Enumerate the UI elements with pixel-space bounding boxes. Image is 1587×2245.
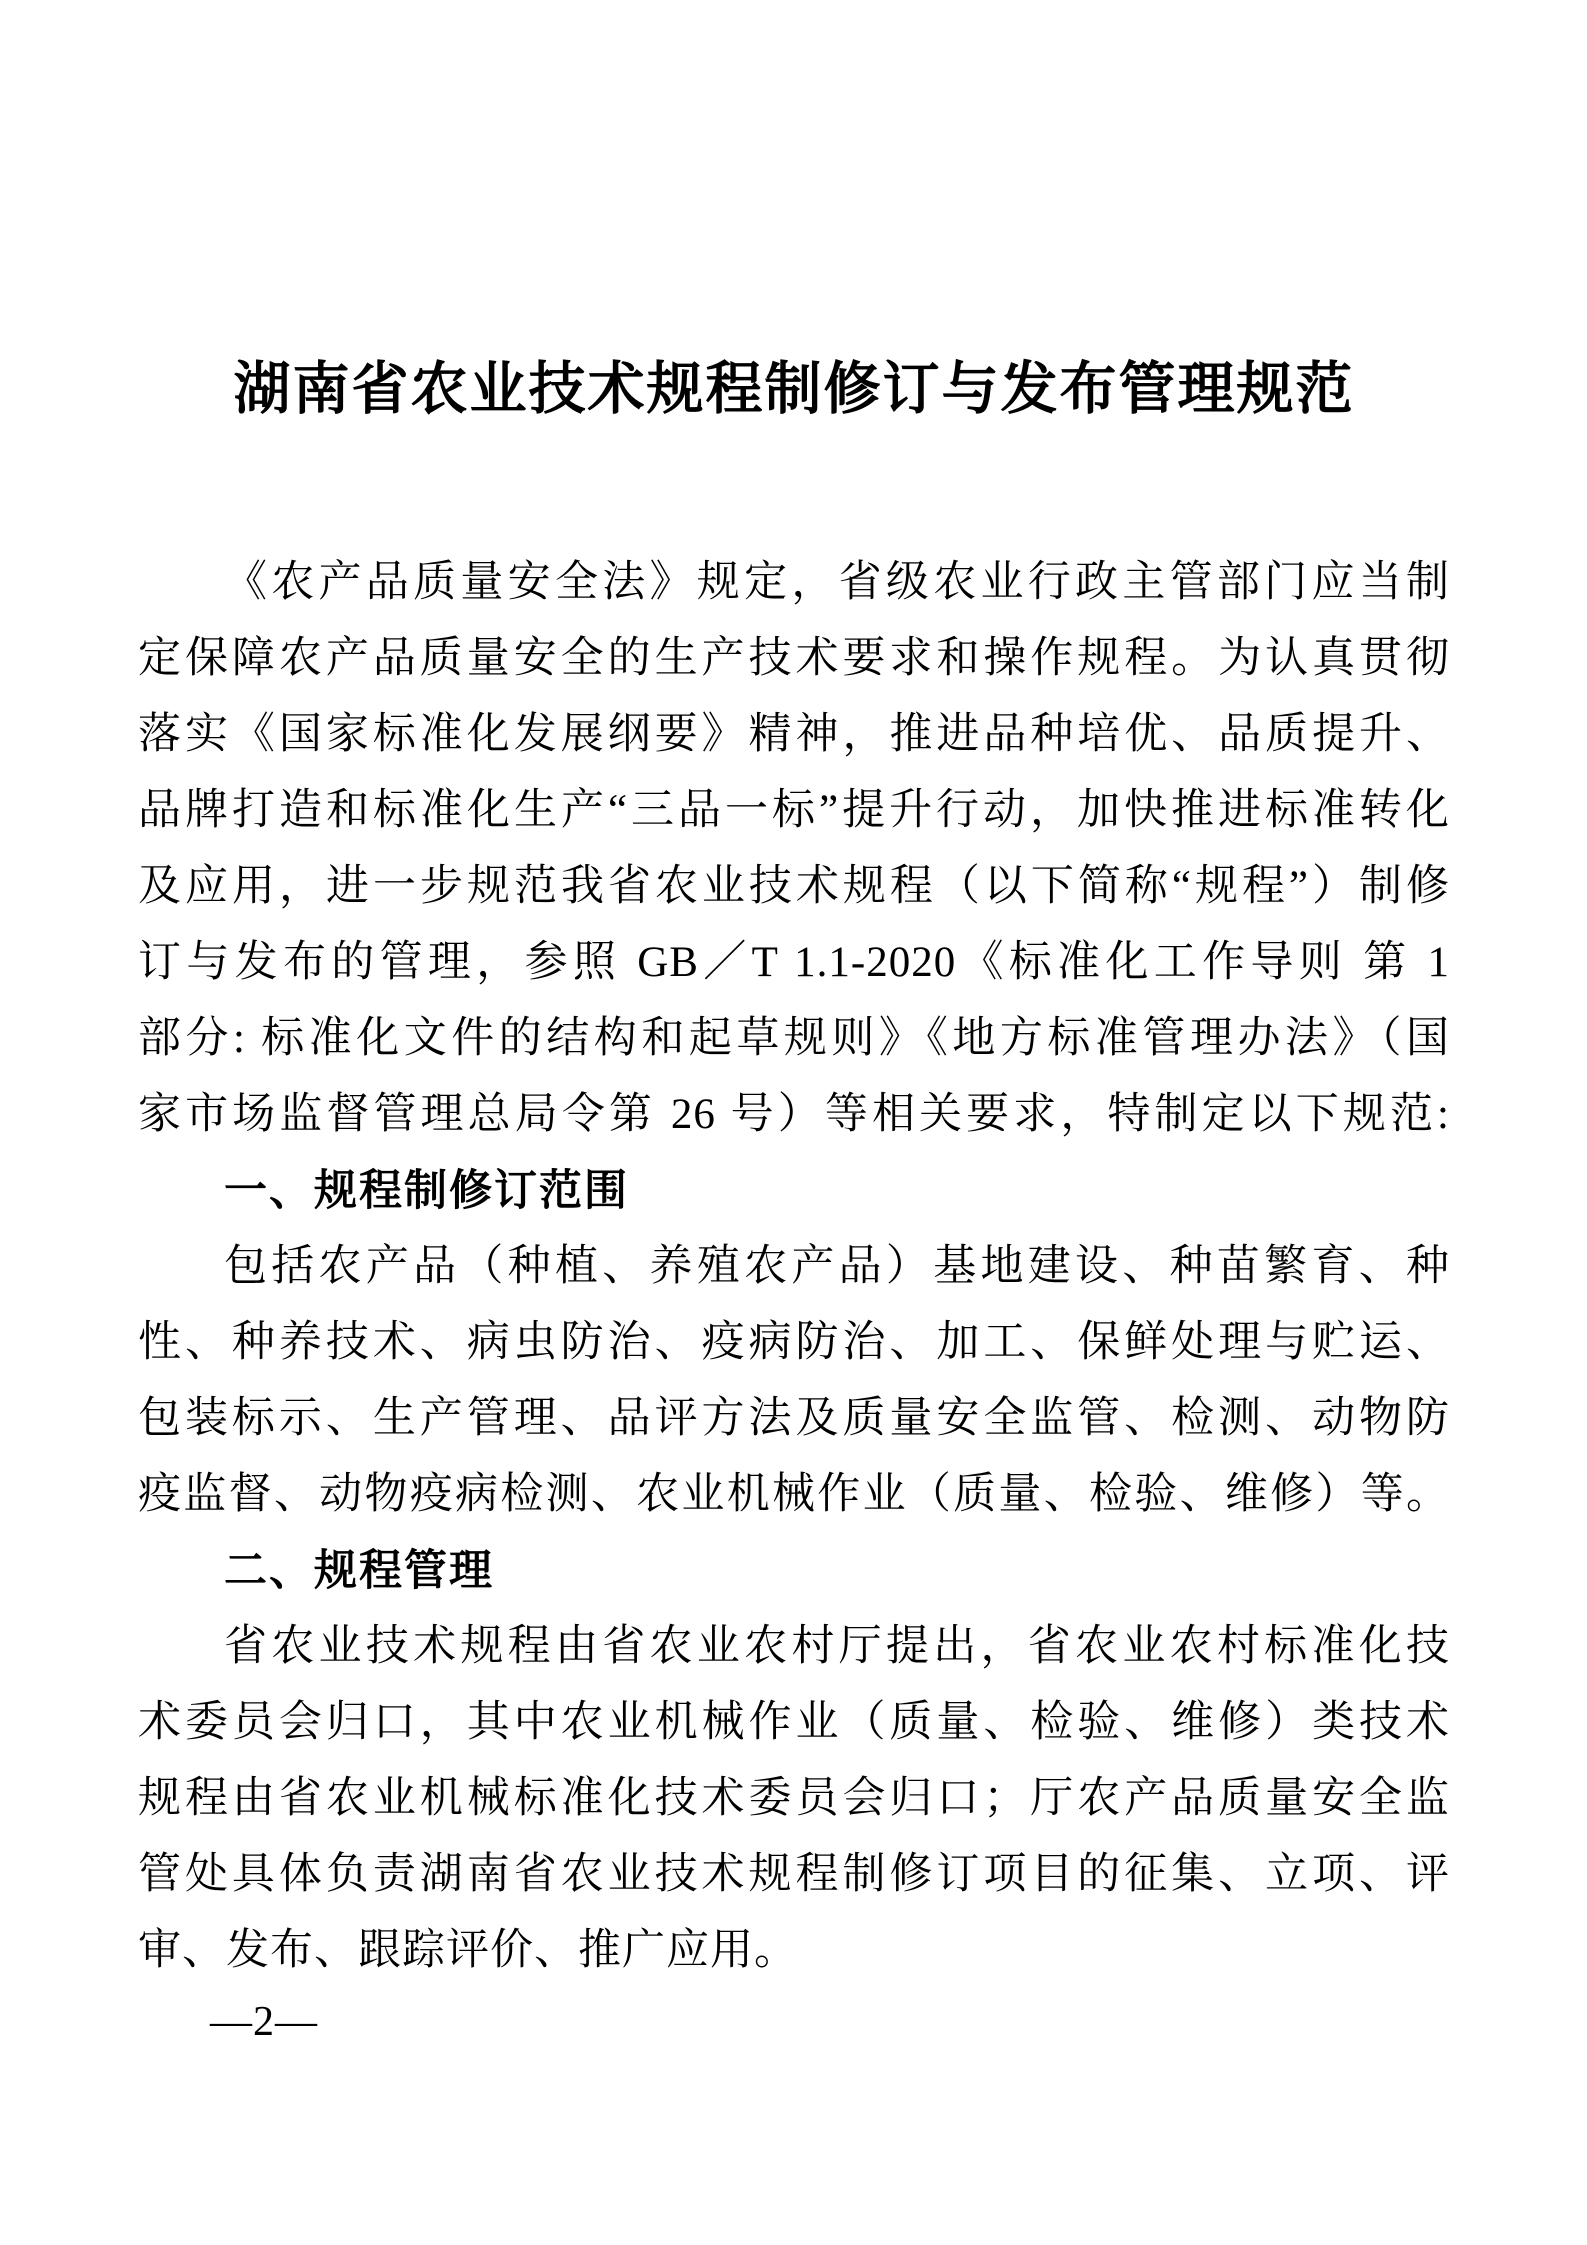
paragraph-intro: 《农产品质量安全法》规定，省级农业行政主管部门应当制 定保障农产品质量安全的生产… bbox=[138, 545, 1450, 1153]
body-line: 审、发布、跟踪评价、推广应用。 bbox=[138, 1913, 1450, 1989]
document-title: 湖南省农业技术规程制修订与发布管理规范 bbox=[138, 352, 1450, 428]
paragraph-management: 省农业技术规程由省农业农村厅提出，省农业农村标准化技 术委员会归口，其中农业机械… bbox=[138, 1609, 1450, 1989]
paragraph-scope: 包括农产品（种植、养殖农产品）基地建设、种苗繁育、种 性、种养技术、病虫防治、疫… bbox=[138, 1229, 1450, 1533]
body-line: 术委员会归口，其中农业机械作业（质量、检验、维修）类技术 bbox=[138, 1685, 1450, 1761]
document-content: 湖南省农业技术规程制修订与发布管理规范 《农产品质量安全法》规定，省级农业行政主… bbox=[138, 352, 1450, 1989]
document-page: 湖南省农业技术规程制修订与发布管理规范 《农产品质量安全法》规定，省级农业行政主… bbox=[0, 0, 1587, 2245]
body-line: 性、种养技术、病虫防治、疫病防治、加工、保鲜处理与贮运、 bbox=[138, 1305, 1450, 1381]
body-line: 管处具体负责湖南省农业技术规程制修订项目的征集、立项、评 bbox=[138, 1837, 1450, 1913]
body-line: 《农产品质量安全法》规定，省级农业行政主管部门应当制 bbox=[138, 545, 1450, 621]
body-line: 疫监督、动物疫病检测、农业机械作业（质量、检验、维修）等。 bbox=[138, 1457, 1450, 1533]
body-line: 部分: 标准化文件的结构和起草规则》《地方标准管理办法》（国 bbox=[138, 1001, 1450, 1077]
body-line: 省农业技术规程由省农业农村厅提出，省农业农村标准化技 bbox=[138, 1609, 1450, 1685]
body-line: 包装标示、生产管理、品评方法及质量安全监管、检测、动物防 bbox=[138, 1381, 1450, 1457]
body-line: 落实《国家标准化发展纲要》精神，推进品种培优、品质提升、 bbox=[138, 697, 1450, 773]
body-line: 规程由省农业机械标准化技术委员会归口；厅农产品质量安全监 bbox=[138, 1761, 1450, 1837]
section-heading-1: 一、规程制修订范围 bbox=[138, 1153, 1450, 1229]
page-number: —2— bbox=[210, 2000, 318, 2044]
section-heading-2: 二、规程管理 bbox=[138, 1533, 1450, 1609]
body-line: 及应用，进一步规范我省农业技术规程（以下简称“规程”）制修 bbox=[138, 849, 1450, 925]
body-line: 品牌打造和标准化生产“三品一标”提升行动，加快推进标准转化 bbox=[138, 773, 1450, 849]
body-line: 家市场监督管理总局令第 26 号）等相关要求，特制定以下规范: bbox=[138, 1077, 1450, 1153]
body-line: 定保障农产品质量安全的生产技术要求和操作规程。为认真贯彻 bbox=[138, 621, 1450, 697]
body-line: 包括农产品（种植、养殖农产品）基地建设、种苗繁育、种 bbox=[138, 1229, 1450, 1305]
body-line: 订与发布的管理，参照 GB／T 1.1-2020《标准化工作导则 第 1 bbox=[138, 925, 1450, 1001]
